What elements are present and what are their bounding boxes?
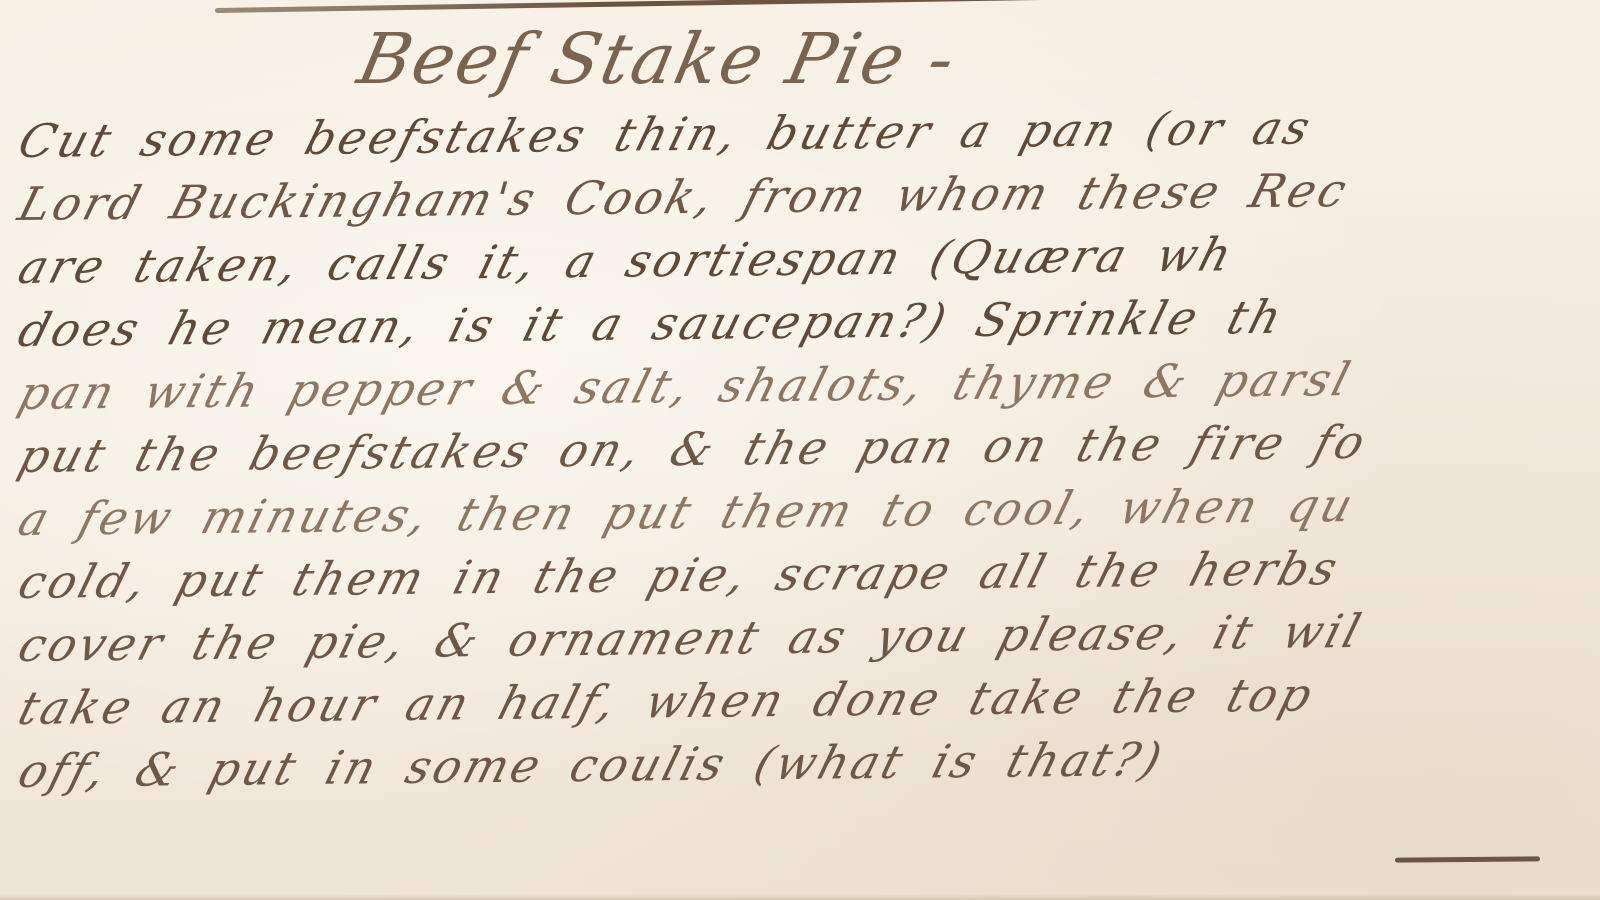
recipe-title: Beef Stake Pie - <box>353 24 963 94</box>
recipe-body: Cut some beefstakes thin, butter a pan (… <box>20 110 1600 803</box>
